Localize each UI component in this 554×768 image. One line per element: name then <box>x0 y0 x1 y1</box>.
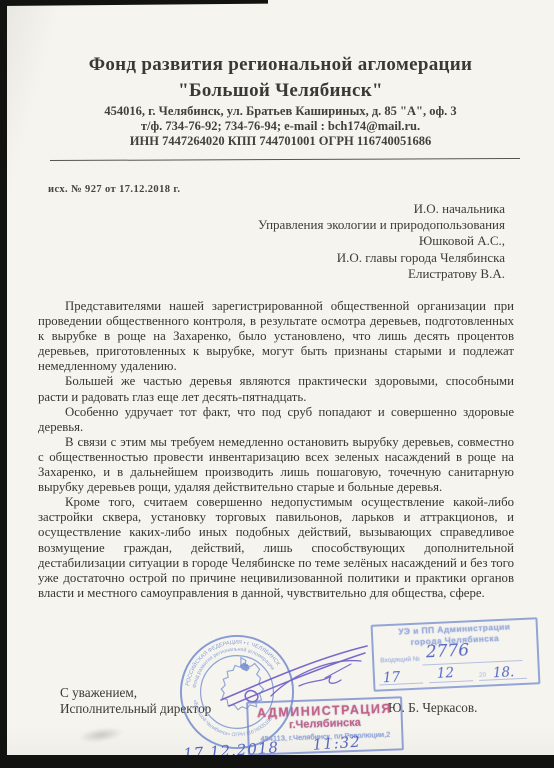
pencil-smudge <box>77 725 125 745</box>
org-contacts: т/ф. 734-76-92; 734-76-94; e-mail : bch1… <box>7 119 554 134</box>
incoming-day-handwritten: 17 <box>383 670 401 687</box>
incoming-month-handwritten: 12 <box>436 665 454 682</box>
org-name-line1: Фонд развития региональной агломерации <box>7 52 554 78</box>
scan-edge-bottom <box>0 755 554 768</box>
scan-edge-top <box>0 0 268 6</box>
body-paragraph: Большей же частью деревья являются практ… <box>38 374 514 404</box>
org-registration: ИНН 7447264020 КПП 744701001 ОГРН 116740… <box>7 134 554 149</box>
scanned-letter: Фонд развития региональной агломерации "… <box>0 0 554 768</box>
closing-line: С уважением, <box>60 685 137 701</box>
incoming-number-handwritten: 2776 <box>425 640 469 662</box>
body-paragraph: Особенно удручает тот факт, что под сруб… <box>38 405 514 435</box>
incoming-year-handwritten: 18. <box>493 664 515 681</box>
scan-edge-left <box>0 0 7 768</box>
letterhead-divider <box>50 158 520 161</box>
org-address: 454016, г. Челябинск, ул. Братьев Кашири… <box>7 104 554 119</box>
incoming-number-label: Входящий № <box>380 656 420 665</box>
handwritten-time: 11:32 <box>312 733 361 754</box>
org-name-line2: "Большой Челябинск" <box>7 78 554 104</box>
letterhead: Фонд развития региональной агломерации "… <box>7 52 554 149</box>
addressee-line: Елистратову В.А. <box>175 266 505 282</box>
body-paragraph: Кроме того, считаем совершенно недопусти… <box>38 495 514 601</box>
addressee-block: И.О. начальника Управления экологии и пр… <box>175 201 505 282</box>
addressee-line: И.О. главы города Челябинска <box>175 250 505 266</box>
addressee-line: Юшковой А.С., <box>175 233 505 249</box>
outgoing-reference: исх. № 927 от 17.12.2018 г. <box>48 184 180 195</box>
letter-body: Представителями нашей зарегистрированной… <box>38 299 514 601</box>
addressee-line: И.О. начальника <box>175 201 505 217</box>
incoming-stamp: УЭ и ПП Администрации города Челябинска … <box>371 617 541 692</box>
incoming-year-prefix: 20 <box>479 672 487 679</box>
body-paragraph: Представителями нашей зарегистрированной… <box>38 299 514 374</box>
body-paragraph: В связи с этим мы требуем немедленно ост… <box>38 435 514 495</box>
addressee-line: Управления экологии и природопользования <box>175 217 505 233</box>
